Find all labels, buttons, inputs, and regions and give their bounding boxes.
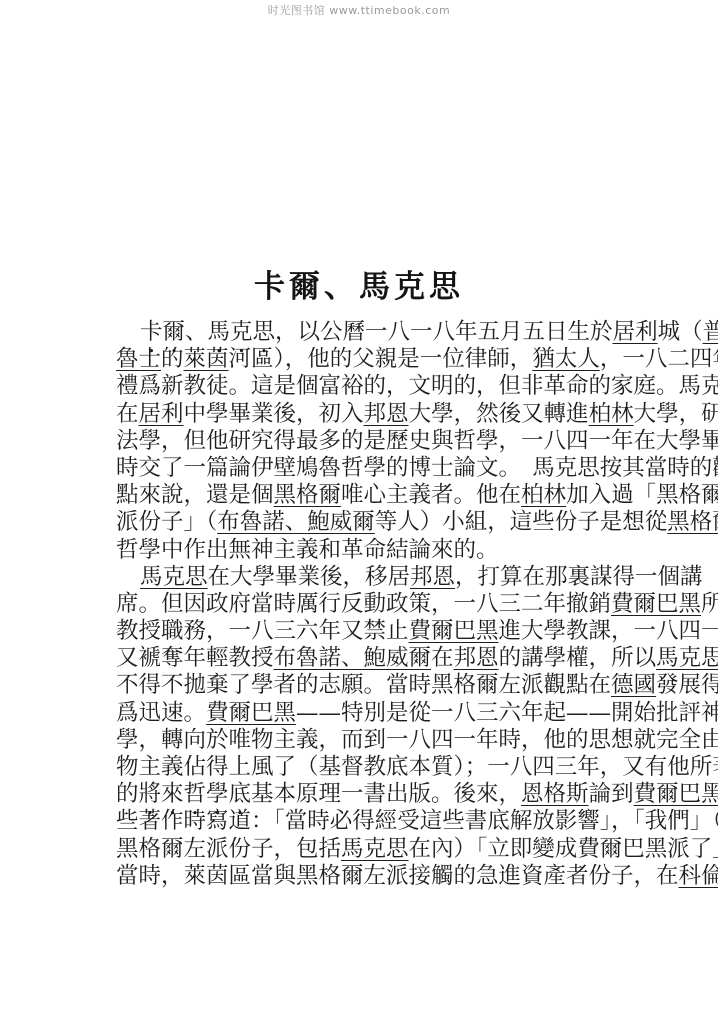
body-text: 卡爾、馬克思，以公曆一八一八年五月五日生於居利城（普 魯士的萊茵河區），他的父親… [116,319,610,890]
text-line: 禮爲新教徒。這是個富裕的，文明的，但非革命的家庭。馬克思 [116,373,610,400]
text-line: 不得不拋棄了學者的志願。當時黑格爾左派觀點在德國發展得很 [116,672,610,699]
text-line: 哲學中作出無神主義和革命結論來的。 [116,537,610,564]
chapter-title: 卡爾、馬克思 [0,261,718,306]
text-line: 席。但因政府當時厲行反動政策，一八三二年撤銷費爾巴黑所任 [116,591,610,618]
text-line: 又褫奪年輕教授布魯諾、鮑威爾在邦恩的講學權，所以馬克思也 [116,645,610,672]
text-line: 卡爾、馬克思，以公曆一八一八年五月五日生於居利城（普 [116,319,610,346]
text-line: 點來說，還是個黑格爾唯心主義者。他在柏林加入過「黑格爾左 [116,482,610,509]
text-line: 時交了一篇論伊壁鳩魯哲學的博士論文。 馬克思按其當時的觀 [116,455,610,482]
text-line: 在居利中學畢業後，初入邦恩大學，然後又轉進柏林大學，研究 [116,401,610,428]
text-line: 的將來哲學底基本原理一書出版。後來，恩格斯論到費爾巴黑這 [116,781,610,808]
text-line: 法學，但他研究得最多的是歷史與哲學，一八四一年在大學畢業 [116,428,610,455]
text-line: 物主義佔得上風了（基督教底本質）；一八四三年，又有他所著 [116,754,610,781]
text-line: 派份子」（布魯諾、鮑威爾等人）小組，這些份子是想從黑格爾 [116,509,610,536]
text-line: 黑格爾左派份子，包括馬克思在內）「立即變成費爾巴黑派了」。 [116,836,610,863]
text-line: 馬克思在大學畢業後，移居邦恩，打算在那裏謀得一個講 [116,564,610,591]
text-line: 當時，萊茵區當與黑格爾左派接觸的急進資產者份子，在科倫創 [116,863,610,890]
text-line: 學，轉向於唯物主義，而到一八四一年時，他的思想就完全由唯 [116,727,610,754]
text-line: 教授職務，一八三六年又禁止費爾巴黑進大學教課，一八四一年 [116,618,610,645]
watermark-text: 时光图书馆 www.ttimebook.com [0,2,718,18]
text-line: 爲迅速。費爾巴黑——特別是從一八三六年起——開始批評神 [116,700,610,727]
text-line: 魯士的萊茵河區），他的父親是一位律師，猶太人，一八二四年受洗 [116,346,610,373]
text-line: 些著作時寫道：「當時必得經受這些書底解放影響」，「我們」（即 [116,808,610,835]
